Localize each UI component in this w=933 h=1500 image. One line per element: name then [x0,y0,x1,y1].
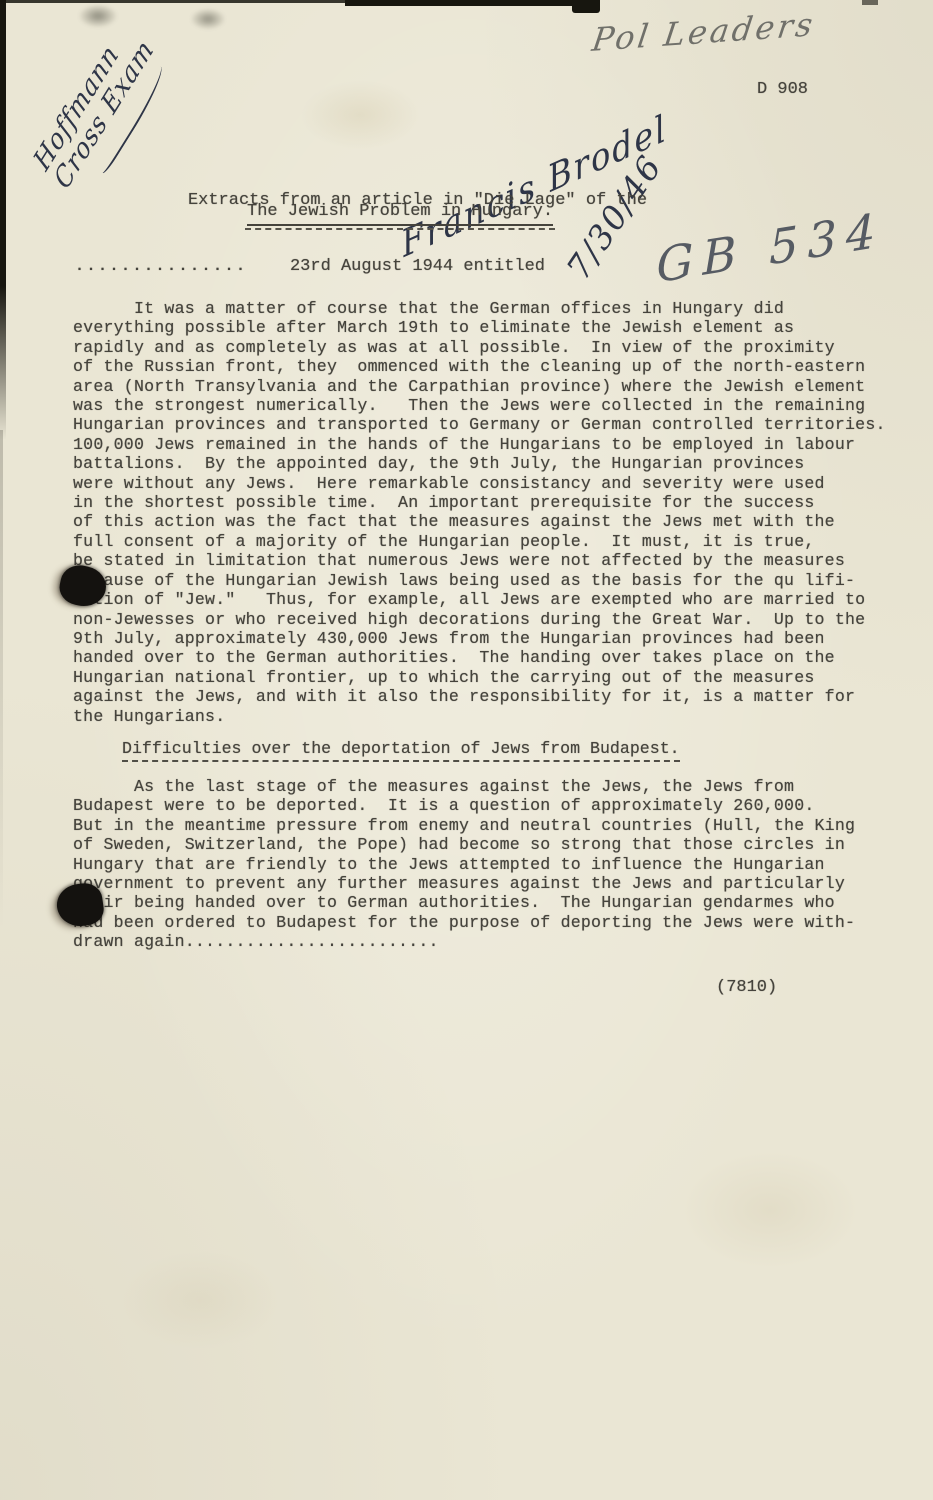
document-header: Extracts from an article in "Die Lage" o… [145,146,690,322]
text-line: had been ordered to Budapest for the pur… [73,913,855,932]
text-line: their being handed over to German author… [73,893,855,912]
text-line: be stated in limitation that numerous Je… [73,551,886,570]
text-line: were without any Jews. Here remarkable c… [73,474,886,493]
handwritten-exhibit-number: GB 534 [656,206,885,292]
text-line: was the strongest numerically. Then the … [73,396,886,415]
text-line: 100,000 Jews remained in the hands of th… [73,435,886,454]
text-line: Hungarian national frontier, up to which… [73,668,886,687]
paper-stain [680,1150,860,1270]
paragraph-1: It was a matter of course that the Germa… [73,299,886,726]
paragraph-2: As the last stage of the measures agains… [73,777,855,952]
text-line: But in the meantime pressure from enemy … [73,816,855,835]
text-line: because of the Hungarian Jewish laws bei… [73,571,886,590]
paper-stain [300,80,420,150]
paper-stain [120,1250,280,1350]
text-line: As the last stage of the measures agains… [73,777,855,796]
text-line: Hungary that are friendly to the Jews at… [73,855,855,874]
section-heading: Difficulties over the deportation of Jew… [122,739,680,762]
text-line: full consent of a majority of the Hungar… [73,532,886,551]
text-line: of the Russian front, they ommenced with… [73,357,886,376]
text-line: cation of "Jew." Thus, for example, all … [73,590,886,609]
text-line: of this action was the fact that the mea… [73,512,886,531]
text-line: area (North Transylvania and the Carpath… [73,377,886,396]
scan-edge-artifact [862,0,878,5]
document-title: The Jewish Problem in Hungary. [247,202,553,226]
scan-edge-artifact [0,430,3,930]
text-line: handed over to the German authorities. T… [73,648,886,667]
text-line: everything possible after March 19th to … [73,318,886,337]
page-number: (7810) [716,978,777,997]
document-page: Hoffmann Cross Exam Pol Leaders Francis … [0,0,933,1500]
document-number: D 908 [757,80,808,99]
text-line: battalions. By the appointed day, the 9t… [73,454,886,473]
scan-edge-artifact [345,0,583,6]
stamp-smudge [190,8,226,30]
text-line: of Sweden, Switzerland, the Pope) had be… [73,835,855,854]
text-line: government to prevent any further measur… [73,874,855,893]
text-line: the Hungarians. [73,707,886,726]
text-line: non-Jewesses or who received high decora… [73,610,886,629]
scan-edge-artifact [0,0,352,3]
text-line: It was a matter of course that the Germa… [73,299,886,318]
text-line: 9th July, approximately 430,000 Jews fro… [73,629,886,648]
scan-edge-artifact [0,0,6,440]
text-line: against the Jews, and with it also the r… [73,687,886,706]
text-line: Hungarian provinces and transported to G… [73,415,886,434]
dotted-separator: ............... [75,258,248,275]
text-line: Budapest were to be deported. It is a qu… [73,796,855,815]
handwritten-annotation-pol-leaders: Pol Leaders [590,8,818,58]
text-line: in the shortest possible time. An import… [73,493,886,512]
scan-edge-artifact [572,0,600,13]
text-line: drawn again......................... [73,932,855,951]
text-line: rapidly and as completely as was at all … [73,338,886,357]
